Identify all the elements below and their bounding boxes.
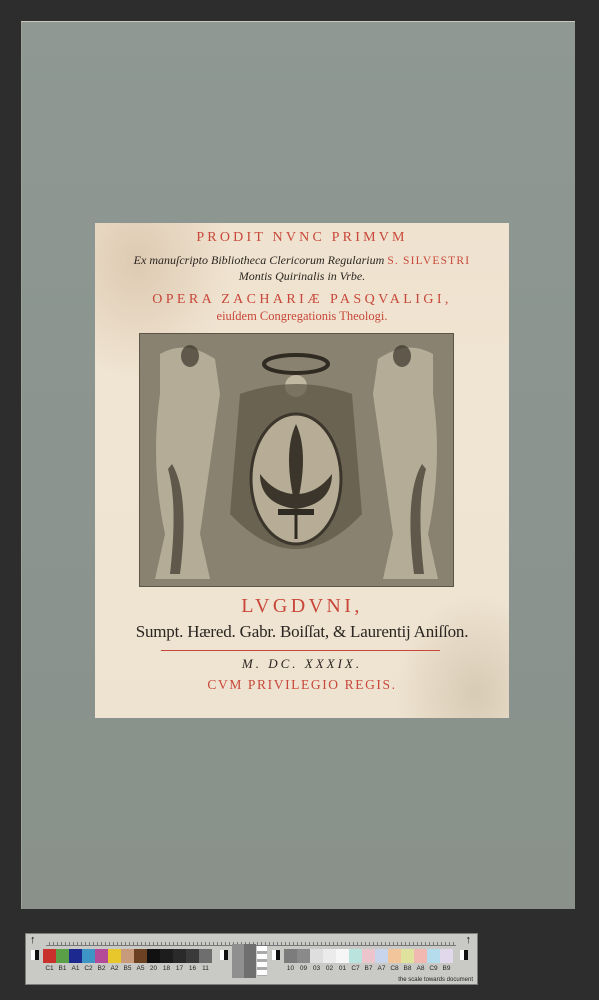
color-calibration-strip: ↑ ↑ C1 B1 A1 C2 B2 A2 B5 A5 20 18 17 16 …	[25, 933, 478, 985]
patch-18	[160, 949, 173, 963]
patch-label: 09	[297, 965, 310, 972]
patch-label: C8	[388, 965, 401, 972]
silvestri: S. SILVESTRI	[387, 255, 470, 267]
patch-label: 01	[336, 965, 349, 972]
patch-b2	[95, 949, 108, 963]
manuscript-source: Ex manuſcripto Bibliotheca Clericorum Re…	[134, 253, 385, 267]
arrow-up-icon: ↑	[466, 934, 472, 946]
bw-target-mid	[220, 950, 228, 960]
patch-label: 03	[310, 965, 323, 972]
patch-label: C7	[349, 965, 362, 972]
arrow-up-icon: ↑	[30, 934, 36, 946]
patch-label: B5	[121, 965, 134, 972]
patch-b1	[56, 949, 69, 963]
scale-footnote: the scale towards document	[398, 977, 473, 983]
patch-label: B9	[440, 965, 453, 972]
patch-03	[310, 949, 323, 963]
patch-label: B8	[401, 965, 414, 972]
gray-card-labels	[257, 946, 267, 976]
patch-labels-right: 10 09 03 02 01 C7 B7 A7 C8 B8 A8 C9 B9	[284, 965, 453, 972]
bw-target-right	[460, 950, 468, 960]
quirinalis-line: Montis Quirinalis in Vrbe.	[239, 269, 365, 283]
patch-label: A5	[134, 965, 147, 972]
patch-label: B2	[95, 965, 108, 972]
patch-b7	[362, 949, 375, 963]
patch-label: A7	[375, 965, 388, 972]
patch-label: B7	[362, 965, 375, 972]
patch-label: C2	[82, 965, 95, 972]
patch-c2	[82, 949, 95, 963]
patch-label: 10	[284, 965, 297, 972]
patch-label: 20	[147, 965, 160, 972]
patch-c9	[427, 949, 440, 963]
privilege-line: CVM PRIVILEGIO REGIS.	[95, 677, 509, 693]
patch-label: 17	[173, 965, 186, 972]
heading-prodit: PRODIT NVNC PRIMVM	[95, 230, 509, 246]
place-lugduni: LVGDVNI,	[95, 595, 509, 618]
author-heading: OPERA ZACHARIÆ PASQVALIGI,	[95, 292, 509, 308]
patch-label: C9	[427, 965, 440, 972]
patch-label: 16	[186, 965, 199, 972]
patch-09	[297, 949, 310, 963]
bw-target-left	[31, 950, 39, 960]
patch-label: A2	[108, 965, 121, 972]
bw-target-mid2	[272, 950, 280, 960]
patch-c8	[388, 949, 401, 963]
patch-16	[186, 949, 199, 963]
red-divider-rule	[161, 650, 440, 651]
patch-c1	[43, 949, 56, 963]
patch-label: 18	[160, 965, 173, 972]
patch-label: A1	[69, 965, 82, 972]
patch-label: C1	[43, 965, 56, 972]
patch-a8	[414, 949, 427, 963]
patch-c7	[349, 949, 362, 963]
patch-b5	[121, 949, 134, 963]
patch-a5	[134, 949, 147, 963]
patch-02	[323, 949, 336, 963]
publisher-line: Sumpt. Hæred. Gabr. Boiſſat, & Laurentij…	[95, 622, 509, 642]
patch-b9	[440, 949, 453, 963]
patch-label: A8	[414, 965, 427, 972]
year-line: M. DC. XXXIX.	[95, 656, 509, 672]
engraving-vignette	[139, 333, 454, 587]
title-page: PRODIT NVNC PRIMVM Ex manuſcripto Biblio…	[95, 223, 509, 718]
patch-a2	[108, 949, 121, 963]
patch-01	[336, 949, 349, 963]
author-subheading: eiuſdem Congregationis Theologi.	[95, 309, 509, 324]
gray-card	[232, 944, 256, 978]
engraving-illustration	[140, 334, 453, 586]
patch-label: 11	[199, 965, 212, 972]
color-patches-left	[43, 949, 212, 963]
patch-label: B1	[56, 965, 69, 972]
manuscript-line: Ex manuſcripto Bibliotheca Clericorum Re…	[107, 253, 497, 284]
patch-17	[173, 949, 186, 963]
patch-labels-left: C1 B1 A1 C2 B2 A2 B5 A5 20 18 17 16 11	[43, 965, 212, 972]
patch-b8	[401, 949, 414, 963]
patch-label: 02	[323, 965, 336, 972]
patch-a1	[69, 949, 82, 963]
patch-20	[147, 949, 160, 963]
patch-a7	[375, 949, 388, 963]
patch-10	[284, 949, 297, 963]
color-patches-right	[284, 949, 453, 963]
patch-11	[199, 949, 212, 963]
